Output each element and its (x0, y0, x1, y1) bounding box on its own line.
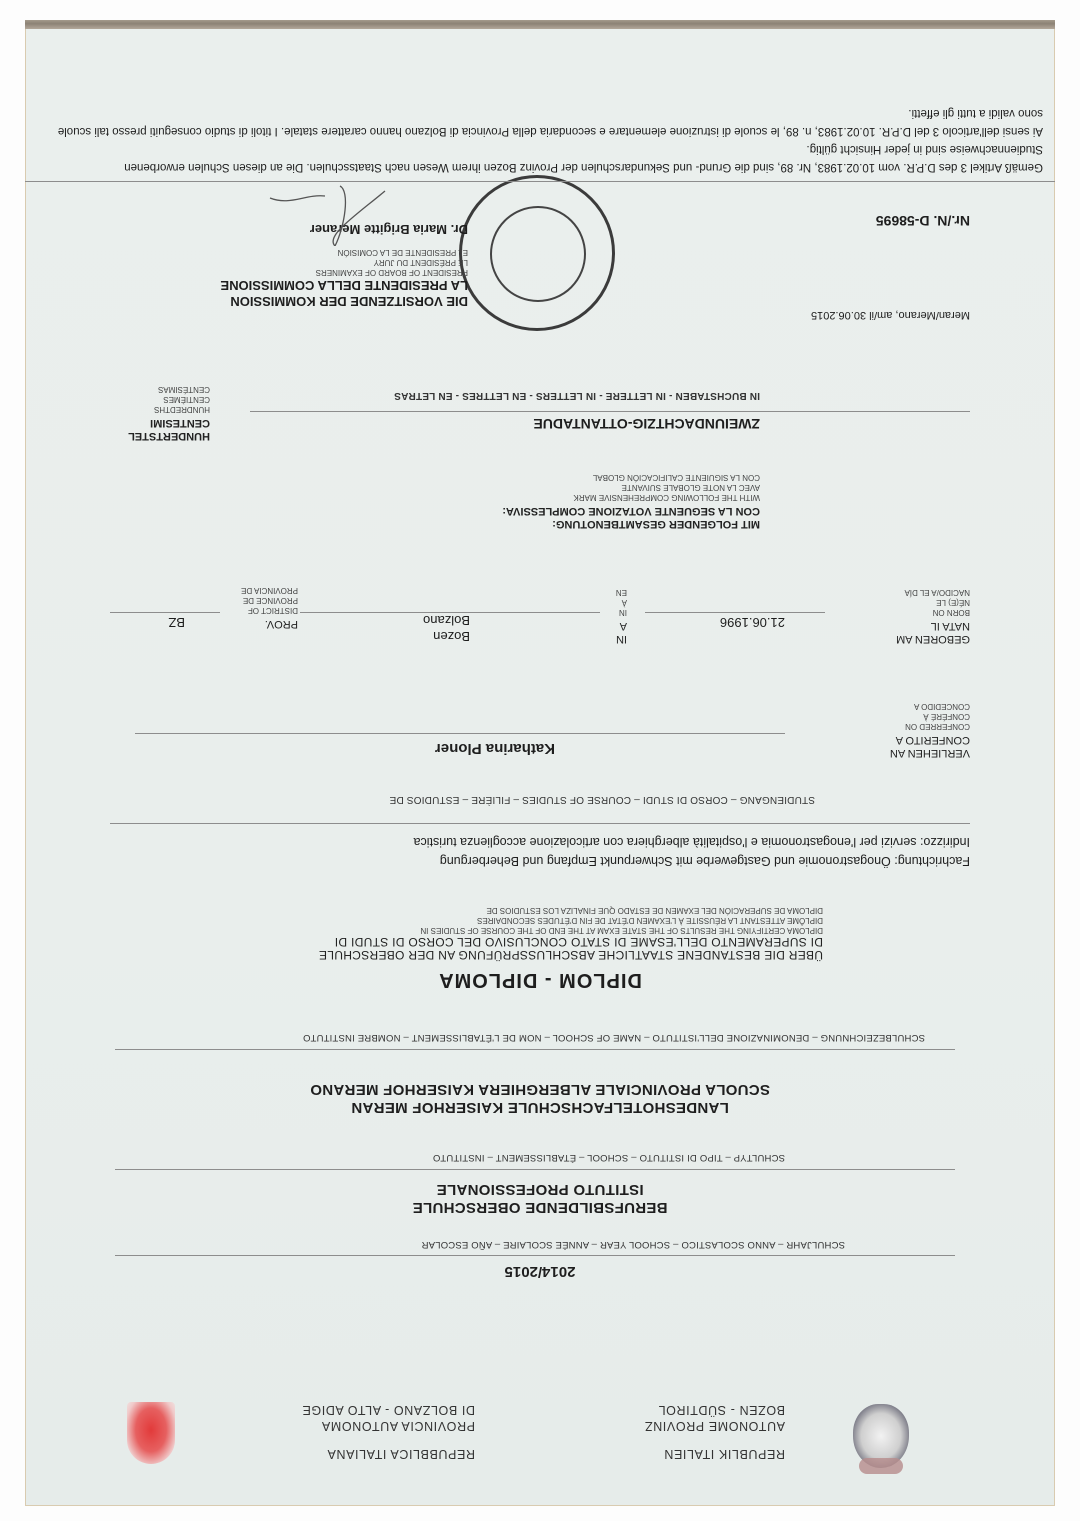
conferred-label-small: Concedido a (890, 701, 970, 711)
prov-label-line: Prov. (241, 617, 298, 630)
grade-label-line: Mit folgender Gesamtbenotung: (502, 517, 760, 530)
grade-label-small: With the following comprehensive mark (502, 492, 760, 502)
school-type-value: Berufsbildende Oberschule Istituto Profe… (25, 1180, 1055, 1216)
grade-label-small: Avec la note globale suivante (502, 482, 760, 492)
conferred-label-small: Conferred on (890, 721, 970, 731)
diploma-line-small: Diploma de superación del examen de esta… (319, 905, 823, 915)
school-type-caption: Schultyp – Tipo di istituto – School – É… (433, 1152, 785, 1163)
signatory-title-small: President of Board of Examiners (221, 267, 469, 277)
diploma-line-small: Diploma certifying the results of the st… (319, 925, 823, 935)
school-type-line: Istituto Professionale (25, 1180, 1055, 1198)
conferred-label-line: Conferito a (890, 733, 970, 746)
signature-icon (265, 176, 395, 246)
school-year-value: 2014/2015 (25, 1263, 1055, 1280)
footnote-italian: Ai sensi dell'articolo 3 del D.P.R. 10.0… (53, 104, 1043, 140)
signatory-title-small: Le président du jury (221, 257, 469, 267)
unit-label-line: Hundertstel (128, 429, 210, 442)
header-right-line: Provincia Autonoma (302, 1418, 475, 1434)
divider (115, 1169, 955, 1170)
in-label-line: In (616, 632, 627, 645)
school-type-line: Berufsbildende Oberschule (25, 1198, 1055, 1216)
divider (110, 612, 220, 613)
header-right-line: Repubblica Italiana (302, 1446, 475, 1462)
birth-place: Bozen Bolzano (423, 612, 470, 644)
signatory-title-small: El presidente de la comisión (221, 247, 469, 257)
unit-label-small: Hundredths (128, 404, 210, 414)
in-label-line: A (616, 619, 627, 632)
divider (115, 1049, 955, 1050)
footnote: Gemäß Artikel 3 des D.P.R. vom 10.02.198… (53, 104, 1043, 176)
prov-label-small: District of (241, 605, 298, 615)
school-name-line: Landeshotelfachschule Kaiserhof Meran (25, 1098, 1055, 1116)
conferred-label-small: Conféré à (890, 711, 970, 721)
divider (645, 612, 825, 613)
unit-label-line: Centesimi (128, 416, 210, 429)
header-right: Repubblica Italiana Provincia Autonoma d… (302, 1402, 475, 1462)
unit-label-small: Centésimas (128, 384, 210, 394)
divider (115, 1255, 955, 1256)
signatory-title: La Presidente della Commissione (221, 277, 469, 293)
header-left-line: Republik Italien (644, 1446, 785, 1462)
course-line: Fachrichtung: Önogastronomie und Gastgew… (414, 851, 970, 870)
unit-label-small: Centièmes (128, 394, 210, 404)
birth-in-label: In A In À En (616, 587, 627, 645)
in-label-small: À (616, 597, 627, 607)
birth-label-line: Nata il (896, 619, 970, 632)
conferred-label: Verliehen an Conferito a Conferred on Co… (890, 701, 970, 759)
school-name-line: Scuola Provinciale Alberghiera Kaiserhof… (25, 1080, 1055, 1098)
austrian-eagle-emblem-icon (853, 1404, 909, 1468)
birth-place-line: Bolzano (423, 612, 470, 628)
header-right-line: di Bolzano - Alto Adige (302, 1402, 475, 1418)
divider (300, 612, 600, 613)
prov-label-small: Province de (241, 595, 298, 605)
birth-label-small: Nacido/a el día (896, 587, 970, 597)
province-value: BZ (168, 615, 185, 630)
seal-inner-ring (490, 206, 586, 302)
birth-label-small: Born on (896, 607, 970, 617)
divider (110, 823, 970, 824)
place-and-date: Meran/Merano, am/il 30.06.2015 (811, 309, 970, 321)
prov-label-small: Provincia de (241, 585, 298, 595)
header-left: Republik Italien Autonome Provinz Bozen … (644, 1402, 785, 1462)
grade-label-line: Con la seguente votazione complessiva: (502, 504, 760, 517)
diploma-line-small: Diplôme attestant la réussite à l'examen… (319, 915, 823, 925)
province-label: Prov. District of Province de Provincia … (241, 585, 298, 630)
grade-label-small: Con la siguiente calificación global (502, 472, 760, 482)
birth-label-small: Né(e) le (896, 597, 970, 607)
diploma-description: Über die bestandene staatliche Abschluss… (319, 905, 823, 961)
header-left-line: Autonome Provinz (644, 1418, 785, 1434)
course-value: Fachrichtung: Önogastronomie und Gastgew… (414, 832, 970, 870)
course-caption: Studiengang – Corso di studi – Course of… (389, 794, 815, 805)
school-year-caption: Schuljahr – Anno scolastico – School yea… (421, 1239, 845, 1250)
official-seal-icon (459, 175, 615, 331)
divider (135, 733, 785, 734)
signatory-title: Die Vorsitzende der Kommission (221, 293, 469, 309)
birth-place-line: Bozen (423, 628, 470, 644)
header-left-line: Bozen - Südtirol (644, 1402, 785, 1418)
in-label-small: In (616, 607, 627, 617)
serial-number: Nr./N. D-58695 (876, 213, 970, 229)
grade-words-caption: In Buchstaben - In lettere - In letters … (394, 390, 760, 401)
school-name-caption: Schulbezeichnung – Denominazione dell'is… (303, 1032, 925, 1043)
birth-label: Geboren am Nata il Born on Né(e) le Naci… (896, 587, 970, 645)
divider (25, 181, 1055, 182)
course-line: Indirizzo: servizi per l'enogastronomia … (414, 832, 970, 851)
diploma-line: di superamento dell'esame di stato concl… (319, 935, 823, 948)
footnote-german: Gemäß Artikel 3 des D.P.R. vom 10.02.198… (53, 140, 1043, 176)
paper-edge-shadow (25, 20, 1055, 29)
grade-label: Mit folgender Gesamtbenotung: Con la seg… (502, 472, 760, 530)
diploma-title: DIPLOM - DIPLOMA (25, 968, 1055, 991)
south-tyrol-eagle-emblem-icon (127, 1402, 175, 1464)
diploma-line: Über die bestandene staatliche Abschluss… (319, 948, 823, 961)
conferred-label-line: Verliehen an (890, 746, 970, 759)
recipient-name: Katharina Ploner (435, 740, 555, 757)
diploma-sheet: Republik Italien Autonome Provinz Bozen … (25, 20, 1055, 1506)
grade-unit-label: Hundertstel Centesimi Hundredths Centièm… (128, 384, 210, 442)
divider (250, 411, 970, 412)
school-name-value: Landeshotelfachschule Kaiserhof Meran Sc… (25, 1080, 1055, 1116)
grade-in-words: ZWEIUNDACHTZIG-OTTANTADUE (533, 416, 760, 432)
birth-label-line: Geboren am (896, 632, 970, 645)
in-label-small: En (616, 587, 627, 597)
birth-date: 21.06.1996 (720, 615, 785, 630)
